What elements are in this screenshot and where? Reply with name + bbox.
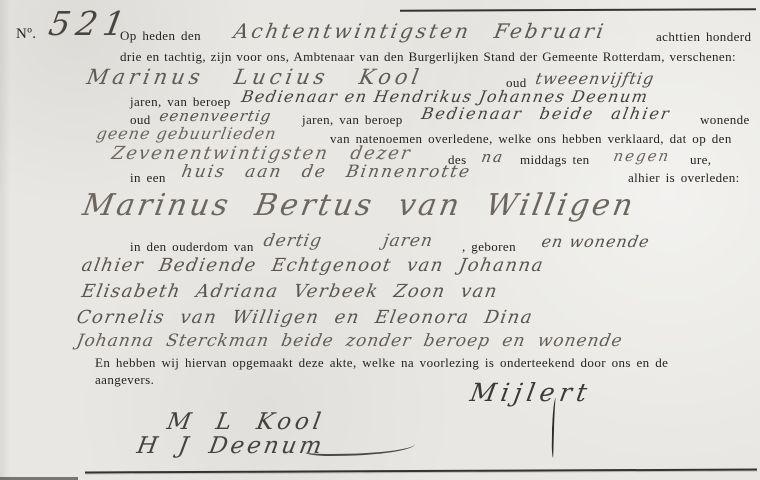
ure-label: ure, [690, 152, 711, 168]
closing-line-2: aangevers. [95, 372, 154, 388]
declarant2-signature-flourish [305, 440, 415, 456]
geboren-label: , geboren [462, 239, 516, 255]
mother-name-occupation-handwritten: Johanna Sterckman beide zonder beroep en… [75, 331, 624, 351]
ouderdom-label: in den ouderdom van [130, 239, 254, 255]
header-rule [400, 8, 756, 12]
deceased-age-handwritten: dertig jaren [262, 231, 435, 251]
declarant2-occupation-handwritten: Bedienaar beide alhier [420, 104, 672, 123]
act-number-label: Nº. [16, 26, 36, 43]
overleden-label: alhier is overleden: [628, 170, 740, 186]
deceased-born-handwritten: en wonende [540, 232, 651, 251]
official-signature: Mijlert [468, 378, 594, 407]
in-een-label: in een [130, 170, 166, 186]
act-date-handwritten: Achtentwintigsten Februari [232, 19, 608, 43]
declarants-relation-handwritten: geene gebuurlieden [95, 124, 278, 143]
father-mother-names-handwritten: Cornelis van Willigen en Eleonora Dina [75, 307, 535, 328]
beroep-label-2: jaren, van beroep [302, 112, 403, 128]
declarant2-signature: H J Deenum [135, 433, 327, 459]
death-hour-handwritten: negen [612, 147, 672, 165]
year-suffix-label: achttien honderd [656, 29, 751, 45]
wonende-label: wonende [700, 112, 750, 128]
deceased-name-handwritten: Marinus Bertus van Willigen [80, 188, 638, 223]
deceased-residence-spouse-handwritten: alhier Bediende Echtgenoot van Johanna [80, 255, 546, 276]
declarant2-age-handwritten: eenenveertig [158, 107, 273, 125]
daypart-handwritten: na [480, 148, 506, 166]
death-certificate-scan: Nº. 521 Op heden den Achtentwintigsten F… [0, 0, 760, 480]
closing-line-1: En hebben wij hiervan opgemaakt deze akt… [95, 355, 668, 371]
declarant1-name-handwritten: Marinus Lucius Kool [85, 65, 425, 89]
declarant1-age-handwritten: tweeenvijftig [534, 69, 656, 88]
death-date-handwritten: Zevenentwintigsten dezer [110, 143, 413, 164]
spouse-name-handwritten: Elisabeth Adriana Verbeek Zoon van [80, 281, 500, 302]
death-place-handwritten: huis aan de Binnenrotte [180, 162, 473, 182]
intro-line: drie en tachtig, zijn voor ons, Ambtenaa… [120, 49, 736, 65]
footer-rule [85, 469, 757, 474]
middags-label: middags ten [520, 152, 590, 168]
declarant1-signature: M L Kool [165, 409, 327, 435]
opening-label: Op heden den [120, 28, 201, 44]
